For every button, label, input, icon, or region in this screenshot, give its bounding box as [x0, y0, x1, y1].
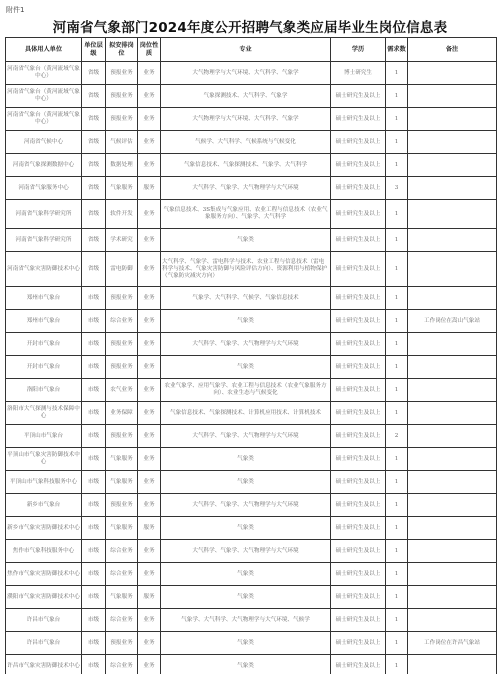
cell-note [408, 563, 497, 586]
cell-level: 市级 [82, 586, 106, 609]
cell-level: 市级 [82, 425, 106, 448]
cell-count: 1 [386, 287, 408, 310]
cell-major: 气象探测技术、大气科学、气象学 [161, 85, 331, 108]
table-row: 河南省气象台（黄河流域气象中心）省级预报业务业务大气物理学与大气环境、大气科学、… [6, 62, 497, 85]
cell-count: 1 [386, 154, 408, 177]
table-row: 郑州市气象台市级预报业务业务气象学、大气科学、气候学、气象信息技术硕士研究生及以… [6, 287, 497, 310]
cell-note [408, 402, 497, 425]
cell-post: 农气业务 [106, 379, 138, 402]
cell-nature: 业务 [138, 356, 161, 379]
table-row: 许昌市气象台市级预报业务业务气象类硕士研究生及以上1工作岗位在许昌气象站 [6, 632, 497, 655]
cell-major: 气象信息技术、气象探测技术、计算机应用技术、计算机技术 [161, 402, 331, 425]
cell-note [408, 471, 497, 494]
cell-unit: 河南省气象台（黄河流域气象中心） [6, 62, 82, 85]
cell-post: 预报业务 [106, 356, 138, 379]
cell-level: 省级 [82, 85, 106, 108]
cell-count: 1 [386, 402, 408, 425]
cell-level: 市级 [82, 494, 106, 517]
cell-major: 气象类 [161, 586, 331, 609]
cell-nature: 业务 [138, 471, 161, 494]
cell-count: 1 [386, 131, 408, 154]
cell-nature: 业务 [138, 494, 161, 517]
table-row: 河南省气象服务中心省级气象服务服务大气科学、气象学、大气物理学与大气环境硕士研究… [6, 177, 497, 200]
cell-level: 市级 [82, 609, 106, 632]
cell-nature: 业务 [138, 448, 161, 471]
table-row: 开封市气象台市级预报业务业务大气科学、气象学、大气物理学与大气环境硕士研究生及以… [6, 333, 497, 356]
cell-major: 气象类 [161, 356, 331, 379]
cell-major: 大气科学、气象学、大气物理学与大气环境 [161, 333, 331, 356]
cell-level: 市级 [82, 632, 106, 655]
cell-education: 硕士研究生及以上 [331, 379, 386, 402]
cell-education: 硕士研究生及以上 [331, 471, 386, 494]
cell-level: 市级 [82, 540, 106, 563]
cell-post: 预报业务 [106, 494, 138, 517]
cell-level: 市级 [82, 333, 106, 356]
cell-post: 软件开发 [106, 200, 138, 229]
cell-note [408, 540, 497, 563]
table-row: 濮阳市气象灾害防御技术中心市级气象服务服务气象类硕士研究生及以上1 [6, 586, 497, 609]
cell-note [408, 379, 497, 402]
header-education: 学历 [331, 38, 386, 62]
cell-nature: 业务 [138, 609, 161, 632]
table-row: 平顶山市气象台市级预报业务业务大气科学、气象学、大气物理学与大气环境硕士研究生及… [6, 425, 497, 448]
cell-note [408, 609, 497, 632]
attachment-label: 附件1 [6, 5, 24, 15]
cell-major: 农业气象学、应用气象学、农业工程与信息技术（农业气象服务方向）、农业生态与气候变… [161, 379, 331, 402]
cell-education: 硕士研究生及以上 [331, 540, 386, 563]
cell-nature: 业务 [138, 632, 161, 655]
cell-education: 硕士研究生及以上 [331, 310, 386, 333]
cell-nature: 业务 [138, 131, 161, 154]
cell-unit: 郑州市气象台 [6, 287, 82, 310]
table-row: 河南省气象灾害防御技术中心省级雷电防御业务大气科学、气象学、雷电科学与技术、农业… [6, 252, 497, 287]
cell-level: 市级 [82, 379, 106, 402]
cell-nature: 业务 [138, 287, 161, 310]
header-nature: 岗位性质 [138, 38, 161, 62]
cell-nature: 业务 [138, 402, 161, 425]
cell-unit: 平顶山市气象台 [6, 425, 82, 448]
cell-post: 预报业务 [106, 85, 138, 108]
cell-education: 硕士研究生及以上 [331, 425, 386, 448]
table-row: 平顶山市气象灾害防御技术中心市级气象服务业务气象类硕士研究生及以上1 [6, 448, 497, 471]
cell-nature: 业务 [138, 154, 161, 177]
cell-major: 大气物理学与大气环境、大气科学、气象学 [161, 108, 331, 131]
page-title: 河南省气象部门2024年度公开招聘气象类应届毕业生岗位信息表 [0, 16, 500, 36]
cell-unit: 濮阳市气象灾害防御技术中心 [6, 586, 82, 609]
header-count: 需求数 [386, 38, 408, 62]
cell-nature: 业务 [138, 229, 161, 252]
cell-count: 1 [386, 62, 408, 85]
cell-nature: 业务 [138, 379, 161, 402]
cell-count: 1 [386, 356, 408, 379]
cell-note [408, 333, 497, 356]
table-row: 焦作市气象灾害防御技术中心市级综合业务业务气象类硕士研究生及以上1 [6, 563, 497, 586]
cell-post: 综合业务 [106, 563, 138, 586]
cell-post: 气象服务 [106, 177, 138, 200]
cell-major: 气象信息技术、气象探测技术、气象学、大气科学 [161, 154, 331, 177]
cell-count: 1 [386, 252, 408, 287]
cell-post: 学术研究 [106, 229, 138, 252]
cell-level: 市级 [82, 402, 106, 425]
cell-level: 省级 [82, 131, 106, 154]
cell-major: 气象类 [161, 471, 331, 494]
cell-major: 气候学、大气科学、气候系统与气候变化 [161, 131, 331, 154]
cell-education: 博士研究生 [331, 62, 386, 85]
cell-count: 1 [386, 310, 408, 333]
table-row: 河南省气象探测数据中心省级数据处理业务气象信息技术、气象探测技术、气象学、大气科… [6, 154, 497, 177]
cell-count: 1 [386, 379, 408, 402]
cell-note [408, 62, 497, 85]
table-row: 新乡市气象台市级预报业务业务大气科学、气象学、大气物理学与大气环境硕士研究生及以… [6, 494, 497, 517]
cell-count: 1 [386, 586, 408, 609]
cell-education: 硕士研究生及以上 [331, 356, 386, 379]
cell-education: 硕士研究生及以上 [331, 448, 386, 471]
cell-unit: 焦作市气象科技服务中心 [6, 540, 82, 563]
cell-note [408, 131, 497, 154]
cell-education: 硕士研究生及以上 [331, 402, 386, 425]
cell-note [408, 229, 497, 252]
cell-level: 市级 [82, 517, 106, 540]
cell-unit: 河南省气象科学研究所 [6, 200, 82, 229]
cell-education: 硕士研究生及以上 [331, 85, 386, 108]
cell-note [408, 517, 497, 540]
cell-major: 大气科学、气象学、雷电科学与技术、农业工程与信息技术（雷电科学与技术、气象灾害防… [161, 252, 331, 287]
cell-major: 气象类 [161, 632, 331, 655]
cell-education: 硕士研究生及以上 [331, 108, 386, 131]
header-note: 备注 [408, 38, 497, 62]
cell-unit: 平顶山市气象科技服务中心 [6, 471, 82, 494]
cell-major: 气象类 [161, 563, 331, 586]
cell-post: 预报业务 [106, 632, 138, 655]
cell-major: 大气科学、气象学、大气物理学与大气环境 [161, 425, 331, 448]
cell-level: 市级 [82, 563, 106, 586]
cell-major: 气象学、大气科学、大气物理学与大气环境、气候学 [161, 609, 331, 632]
cell-nature: 业务 [138, 655, 161, 674]
cell-education: 硕士研究生及以上 [331, 494, 386, 517]
cell-note [408, 356, 497, 379]
cell-post: 预报业务 [106, 333, 138, 356]
cell-count: 1 [386, 200, 408, 229]
table-row: 河南省气象台（黄河流域气象中心）省级预报业务业务气象探测技术、大气科学、气象学硕… [6, 85, 497, 108]
cell-note [408, 200, 497, 229]
cell-post: 综合业务 [106, 310, 138, 333]
cell-count: 1 [386, 229, 408, 252]
table-row: 河南省气象科学研究所省级软件开发业务气象信息技术、3S集成与气象应用、农业工程与… [6, 200, 497, 229]
cell-note [408, 154, 497, 177]
cell-note [408, 252, 497, 287]
header-unit: 具体用人单位 [6, 38, 82, 62]
cell-note [408, 655, 497, 674]
cell-unit: 河南省气象灾害防御技术中心 [6, 252, 82, 287]
cell-unit: 许昌市气象台 [6, 632, 82, 655]
table-row: 焦作市气象科技服务中心市级综合业务业务大气科学、气象学、大气物理学与大气环境硕士… [6, 540, 497, 563]
cell-education: 硕士研究生及以上 [331, 200, 386, 229]
header-major: 专业 [161, 38, 331, 62]
cell-level: 省级 [82, 229, 106, 252]
cell-post: 综合业务 [106, 609, 138, 632]
table-row: 新乡市气象灾害防御技术中心市级气象服务服务气象类硕士研究生及以上1 [6, 517, 497, 540]
cell-nature: 业务 [138, 563, 161, 586]
cell-count: 1 [386, 609, 408, 632]
job-info-table: 具体用人单位 单位层级 拟安排岗位 岗位性质 专业 学历 需求数 备注 河南省气… [5, 37, 497, 674]
table-row: 郑州市气象台市级综合业务业务气象类硕士研究生及以上1工作岗位在嵩山气象站 [6, 310, 497, 333]
cell-level: 市级 [82, 310, 106, 333]
cell-count: 1 [386, 494, 408, 517]
cell-note: 工作岗位在许昌气象站 [408, 632, 497, 655]
header-post: 拟安排岗位 [106, 38, 138, 62]
cell-education: 硕士研究生及以上 [331, 517, 386, 540]
cell-post: 数据处理 [106, 154, 138, 177]
cell-unit: 洛阳市气象台 [6, 379, 82, 402]
cell-level: 市级 [82, 655, 106, 674]
cell-count: 1 [386, 333, 408, 356]
cell-level: 市级 [82, 356, 106, 379]
cell-nature: 业务 [138, 425, 161, 448]
cell-level: 省级 [82, 154, 106, 177]
cell-major: 气象类 [161, 229, 331, 252]
cell-major: 气象信息技术、3S集成与气象应用、农业工程与信息技术（农业气象服务方向）、气象学… [161, 200, 331, 229]
cell-education: 硕士研究生及以上 [331, 586, 386, 609]
cell-education: 硕士研究生及以上 [331, 333, 386, 356]
cell-major: 气象类 [161, 517, 331, 540]
cell-major: 大气科学、气象学、大气物理学与大气环境 [161, 540, 331, 563]
cell-count: 1 [386, 85, 408, 108]
cell-post: 预报业务 [106, 425, 138, 448]
cell-unit: 河南省气象台（黄河流域气象中心） [6, 85, 82, 108]
cell-note [408, 586, 497, 609]
cell-nature: 业务 [138, 62, 161, 85]
cell-note [408, 448, 497, 471]
cell-note [408, 177, 497, 200]
cell-nature: 服务 [138, 586, 161, 609]
cell-note [408, 425, 497, 448]
cell-post: 雷电防御 [106, 252, 138, 287]
cell-count: 1 [386, 563, 408, 586]
cell-level: 市级 [82, 471, 106, 494]
table-row: 许昌市气象灾害防御技术中心市级综合业务业务气象类硕士研究生及以上1 [6, 655, 497, 674]
cell-education: 硕士研究生及以上 [331, 229, 386, 252]
cell-major: 气象类 [161, 310, 331, 333]
cell-nature: 业务 [138, 333, 161, 356]
cell-unit: 新乡市气象灾害防御技术中心 [6, 517, 82, 540]
cell-education: 硕士研究生及以上 [331, 655, 386, 674]
cell-unit: 郑州市气象台 [6, 310, 82, 333]
cell-level: 省级 [82, 62, 106, 85]
cell-nature: 业务 [138, 252, 161, 287]
cell-nature: 业务 [138, 108, 161, 131]
cell-level: 省级 [82, 200, 106, 229]
cell-count: 2 [386, 425, 408, 448]
cell-count: 1 [386, 471, 408, 494]
cell-unit: 河南省气象科学研究所 [6, 229, 82, 252]
cell-unit: 河南省气象台（黄河流域气象中心） [6, 108, 82, 131]
cell-post: 预报业务 [106, 62, 138, 85]
cell-nature: 业务 [138, 200, 161, 229]
header-level: 单位层级 [82, 38, 106, 62]
cell-post: 气象服务 [106, 586, 138, 609]
cell-note: 工作岗位在嵩山气象站 [408, 310, 497, 333]
cell-note [408, 108, 497, 131]
cell-post: 业务保障 [106, 402, 138, 425]
table-row: 河南省气候中心省级气候评估业务气候学、大气科学、气候系统与气候变化硕士研究生及以… [6, 131, 497, 154]
cell-unit: 平顶山市气象灾害防御技术中心 [6, 448, 82, 471]
cell-unit: 焦作市气象灾害防御技术中心 [6, 563, 82, 586]
cell-unit: 开封市气象台 [6, 333, 82, 356]
cell-education: 硕士研究生及以上 [331, 563, 386, 586]
cell-note [408, 287, 497, 310]
cell-count: 1 [386, 517, 408, 540]
cell-level: 省级 [82, 177, 106, 200]
table-header-row: 具体用人单位 单位层级 拟安排岗位 岗位性质 专业 学历 需求数 备注 [6, 38, 497, 62]
cell-major: 气象类 [161, 655, 331, 674]
cell-education: 硕士研究生及以上 [331, 131, 386, 154]
cell-major: 气象类 [161, 448, 331, 471]
table-row: 平顶山市气象科技服务中心市级气象服务业务气象类硕士研究生及以上1 [6, 471, 497, 494]
cell-major: 大气物理学与大气环境、大气科学、气象学 [161, 62, 331, 85]
cell-post: 气象服务 [106, 471, 138, 494]
cell-unit: 许昌市气象台 [6, 609, 82, 632]
cell-count: 1 [386, 632, 408, 655]
cell-unit: 许昌市气象灾害防御技术中心 [6, 655, 82, 674]
cell-unit: 洛阳市大气探测与技术保障中心 [6, 402, 82, 425]
cell-count: 1 [386, 540, 408, 563]
table-row: 洛阳市大气探测与技术保障中心市级业务保障业务气象信息技术、气象探测技术、计算机应… [6, 402, 497, 425]
cell-note [408, 85, 497, 108]
cell-level: 省级 [82, 108, 106, 131]
cell-note [408, 494, 497, 517]
cell-count: 1 [386, 448, 408, 471]
cell-unit: 河南省气象服务中心 [6, 177, 82, 200]
table-row: 河南省气象科学研究所省级学术研究业务气象类硕士研究生及以上1 [6, 229, 497, 252]
cell-education: 硕士研究生及以上 [331, 609, 386, 632]
cell-unit: 河南省气象探测数据中心 [6, 154, 82, 177]
cell-nature: 业务 [138, 310, 161, 333]
cell-count: 1 [386, 655, 408, 674]
table-row: 河南省气象台（黄河流域气象中心）省级预报业务业务大气物理学与大气环境、大气科学、… [6, 108, 497, 131]
cell-count: 1 [386, 108, 408, 131]
cell-post: 预报业务 [106, 108, 138, 131]
cell-education: 硕士研究生及以上 [331, 177, 386, 200]
cell-post: 综合业务 [106, 540, 138, 563]
cell-major: 大气科学、气象学、大气物理学与大气环境 [161, 177, 331, 200]
cell-post: 预报业务 [106, 287, 138, 310]
cell-post: 气象服务 [106, 448, 138, 471]
cell-level: 省级 [82, 252, 106, 287]
cell-education: 硕士研究生及以上 [331, 632, 386, 655]
cell-level: 市级 [82, 448, 106, 471]
cell-post: 综合业务 [106, 655, 138, 674]
cell-nature: 业务 [138, 85, 161, 108]
cell-major: 气象学、大气科学、气候学、气象信息技术 [161, 287, 331, 310]
cell-unit: 河南省气候中心 [6, 131, 82, 154]
table-row: 洛阳市气象台市级农气业务业务农业气象学、应用气象学、农业工程与信息技术（农业气象… [6, 379, 497, 402]
cell-post: 气候评估 [106, 131, 138, 154]
cell-unit: 开封市气象台 [6, 356, 82, 379]
table-row: 开封市气象台市级预报业务业务气象类硕士研究生及以上1 [6, 356, 497, 379]
cell-education: 硕士研究生及以上 [331, 252, 386, 287]
cell-nature: 业务 [138, 540, 161, 563]
cell-unit: 新乡市气象台 [6, 494, 82, 517]
table-row: 许昌市气象台市级综合业务业务气象学、大气科学、大气物理学与大气环境、气候学硕士研… [6, 609, 497, 632]
cell-count: 3 [386, 177, 408, 200]
cell-education: 硕士研究生及以上 [331, 287, 386, 310]
cell-post: 气象服务 [106, 517, 138, 540]
cell-nature: 服务 [138, 177, 161, 200]
cell-education: 硕士研究生及以上 [331, 154, 386, 177]
cell-level: 市级 [82, 287, 106, 310]
cell-nature: 服务 [138, 517, 161, 540]
cell-major: 大气科学、气象学、大气物理学与大气环境 [161, 494, 331, 517]
